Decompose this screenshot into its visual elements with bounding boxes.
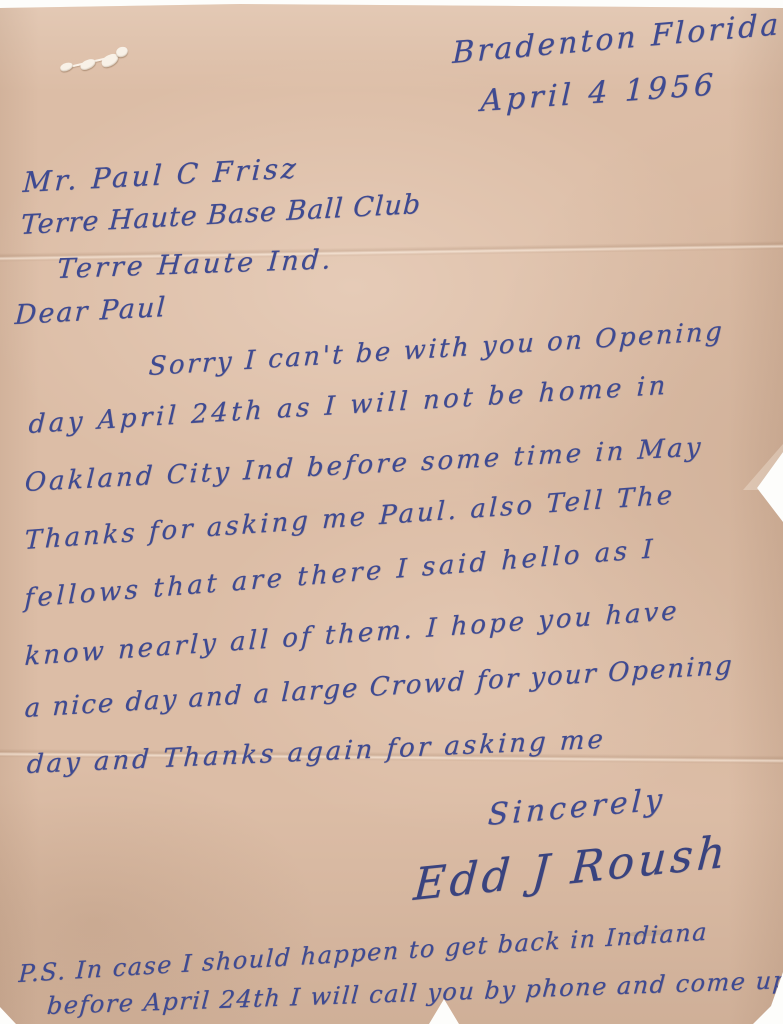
letter-paper: Bradenton Florida April 4 1956 Mr. Paul … — [0, 0, 783, 1024]
damage-spot — [59, 62, 74, 73]
recipient-line-name: Mr. Paul C Frisz — [22, 151, 300, 199]
body-line: day April 24th as I will not be home in — [28, 371, 669, 440]
salutation: Dear Paul — [14, 292, 168, 331]
heading-date: April 4 1956 — [480, 67, 718, 119]
recipient-line-club: Terre Haute Base Ball Club — [20, 189, 422, 241]
damage-spot — [79, 58, 97, 72]
closing: Sincerely — [487, 782, 667, 833]
edge-tear-flap — [743, 444, 783, 490]
heading-place: Bradenton Florida — [452, 7, 781, 71]
recipient-line-city: Terre Haute Ind. — [56, 244, 335, 285]
damage-spot — [115, 46, 129, 58]
body-line: day and Thanks again for asking me — [26, 725, 607, 780]
letter-scan: Bradenton Florida April 4 1956 Mr. Paul … — [0, 0, 783, 1024]
signature: Edd J Roush — [412, 826, 731, 911]
